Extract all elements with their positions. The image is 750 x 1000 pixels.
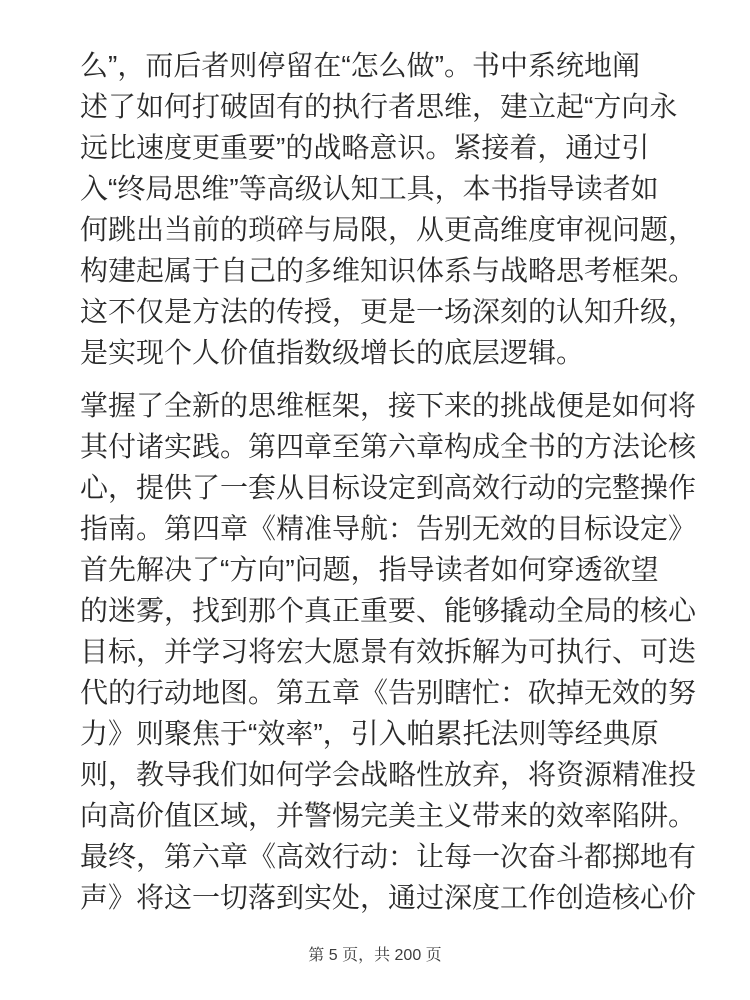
page-indicator: 第 5 页，共 200 页 bbox=[308, 947, 441, 964]
text-line: 述了如何打破固有的执行者思维，建立起“方向永 bbox=[80, 86, 696, 127]
text-line: 的迷雾，找到那个真正重要、能够撬动全局的核心 bbox=[80, 590, 696, 631]
text-line: 最终，第六章《高效行动：让每一次奋斗都掷地有 bbox=[80, 836, 696, 877]
text-line: 远比速度更重要”的战略意识。紧接着，通过引 bbox=[80, 127, 696, 168]
text-line: 声》将这一切落到实处，通过深度工作创造核心价 bbox=[80, 877, 696, 918]
text-line: 则，教导我们如何学会战略性放弃，将资源精准投 bbox=[80, 754, 696, 795]
paragraph: 掌握了全新的思维框架，接下来的挑战便是如何将其付诸实践。第四章至第六章构成全书的… bbox=[80, 385, 696, 918]
text-line: 入“终局思维”等高级认知工具，本书指导读者如 bbox=[80, 168, 696, 209]
document-page: 么”，而后者则停留在“怎么做”。书中系统地阐述了如何打破固有的执行者思维，建立起… bbox=[0, 0, 750, 1000]
page-content: 么”，而后者则停留在“怎么做”。书中系统地阐述了如何打破固有的执行者思维，建立起… bbox=[80, 45, 696, 918]
text-line: 何跳出当前的琐碎与局限，从更高维度审视问题， bbox=[80, 209, 696, 250]
text-line: 目标，并学习将宏大愿景有效拆解为可执行、可迭 bbox=[80, 631, 696, 672]
text-line: 心，提供了一套从目标设定到高效行动的完整操作 bbox=[80, 467, 696, 508]
text-line: 向高价值区域，并警惕完美主义带来的效率陷阱。 bbox=[80, 795, 696, 836]
page-footer: 第 5 页，共 200 页 bbox=[0, 946, 750, 966]
text-line: 指南。第四章《精准导航：告别无效的目标设定》 bbox=[80, 508, 696, 549]
text-line: 是实现个人价值指数级增长的底层逻辑。 bbox=[80, 332, 696, 373]
text-line: 代的行动地图。第五章《告别瞎忙：砍掉无效的努 bbox=[80, 672, 696, 713]
text-line: 首先解决了“方向”问题，指导读者如何穿透欲望 bbox=[80, 549, 696, 590]
text-line: 其付诸实践。第四章至第六章构成全书的方法论核 bbox=[80, 426, 696, 467]
text-line: 这不仅是方法的传授，更是一场深刻的认知升级， bbox=[80, 291, 696, 332]
text-line: 掌握了全新的思维框架，接下来的挑战便是如何将 bbox=[80, 385, 696, 426]
text-line: 构建起属于自己的多维知识体系与战略思考框架。 bbox=[80, 250, 696, 291]
text-line: 么”，而后者则停留在“怎么做”。书中系统地阐 bbox=[80, 45, 696, 86]
text-line: 力》则聚焦于“效率”，引入帕累托法则等经典原 bbox=[80, 713, 696, 754]
paragraph: 么”，而后者则停留在“怎么做”。书中系统地阐述了如何打破固有的执行者思维，建立起… bbox=[80, 45, 696, 373]
